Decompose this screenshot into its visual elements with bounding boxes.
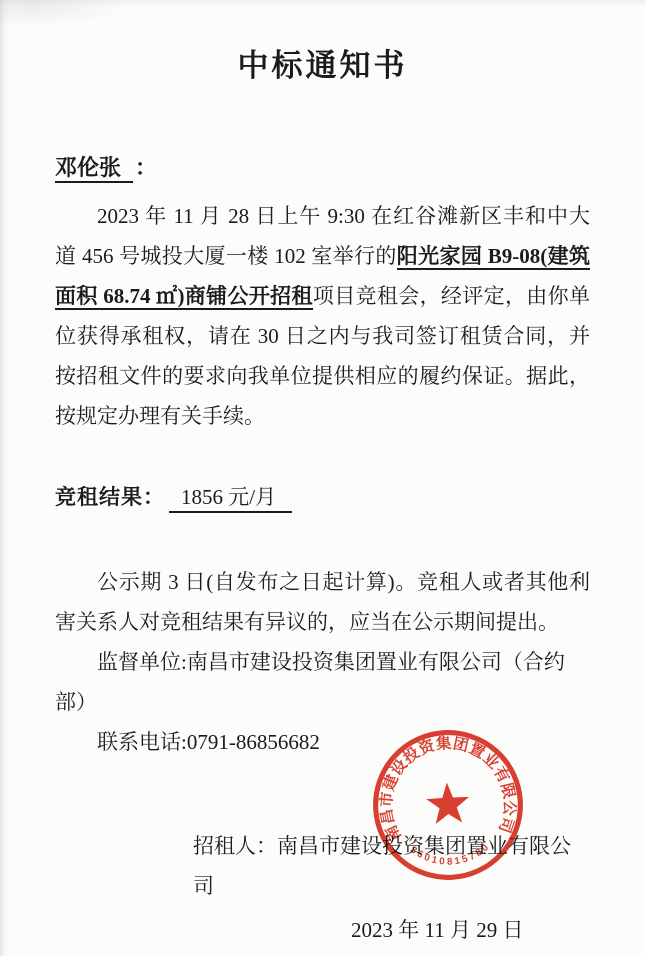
salutation-line: 邓伦张： <box>55 152 590 184</box>
salutation-colon: ： <box>133 155 157 180</box>
body-paragraph-1: 2023 年 11 月 28 日上午 9:30 在红谷滩新区丰和中大道 456 … <box>55 196 590 436</box>
document-date: 2023 年 11 月 29 日 <box>351 910 590 950</box>
phone-line: 联系电话:0791-86856682 <box>55 722 590 762</box>
bid-result-value: 1856 元/月 <box>169 485 292 513</box>
document-title: 中标通知书 <box>55 0 590 86</box>
supervisor-line: 监督单位:南昌市建设投资集团置业有限公司（合约部） <box>55 642 590 722</box>
document-page: 中标通知书 邓伦张： 2023 年 11 月 28 日上午 9:30 在红谷滩新… <box>0 0 645 956</box>
addressee-name: 邓伦张 <box>55 155 133 183</box>
lessor-signature-line: 招租人：南昌市建设投资集团置业有限公司 <box>193 826 590 906</box>
bid-result-label: 竞租结果： <box>55 485 165 509</box>
bid-result-line: 竞租结果：1856 元/月 <box>55 480 590 514</box>
seal-star-icon <box>425 781 470 824</box>
body-paragraph-2: 公示期 3 日(自发布之日起计算)。竞租人或者其他利害关系人对竞租结果有异议的，… <box>55 562 590 642</box>
lessor-label: 招租人： <box>193 834 277 858</box>
